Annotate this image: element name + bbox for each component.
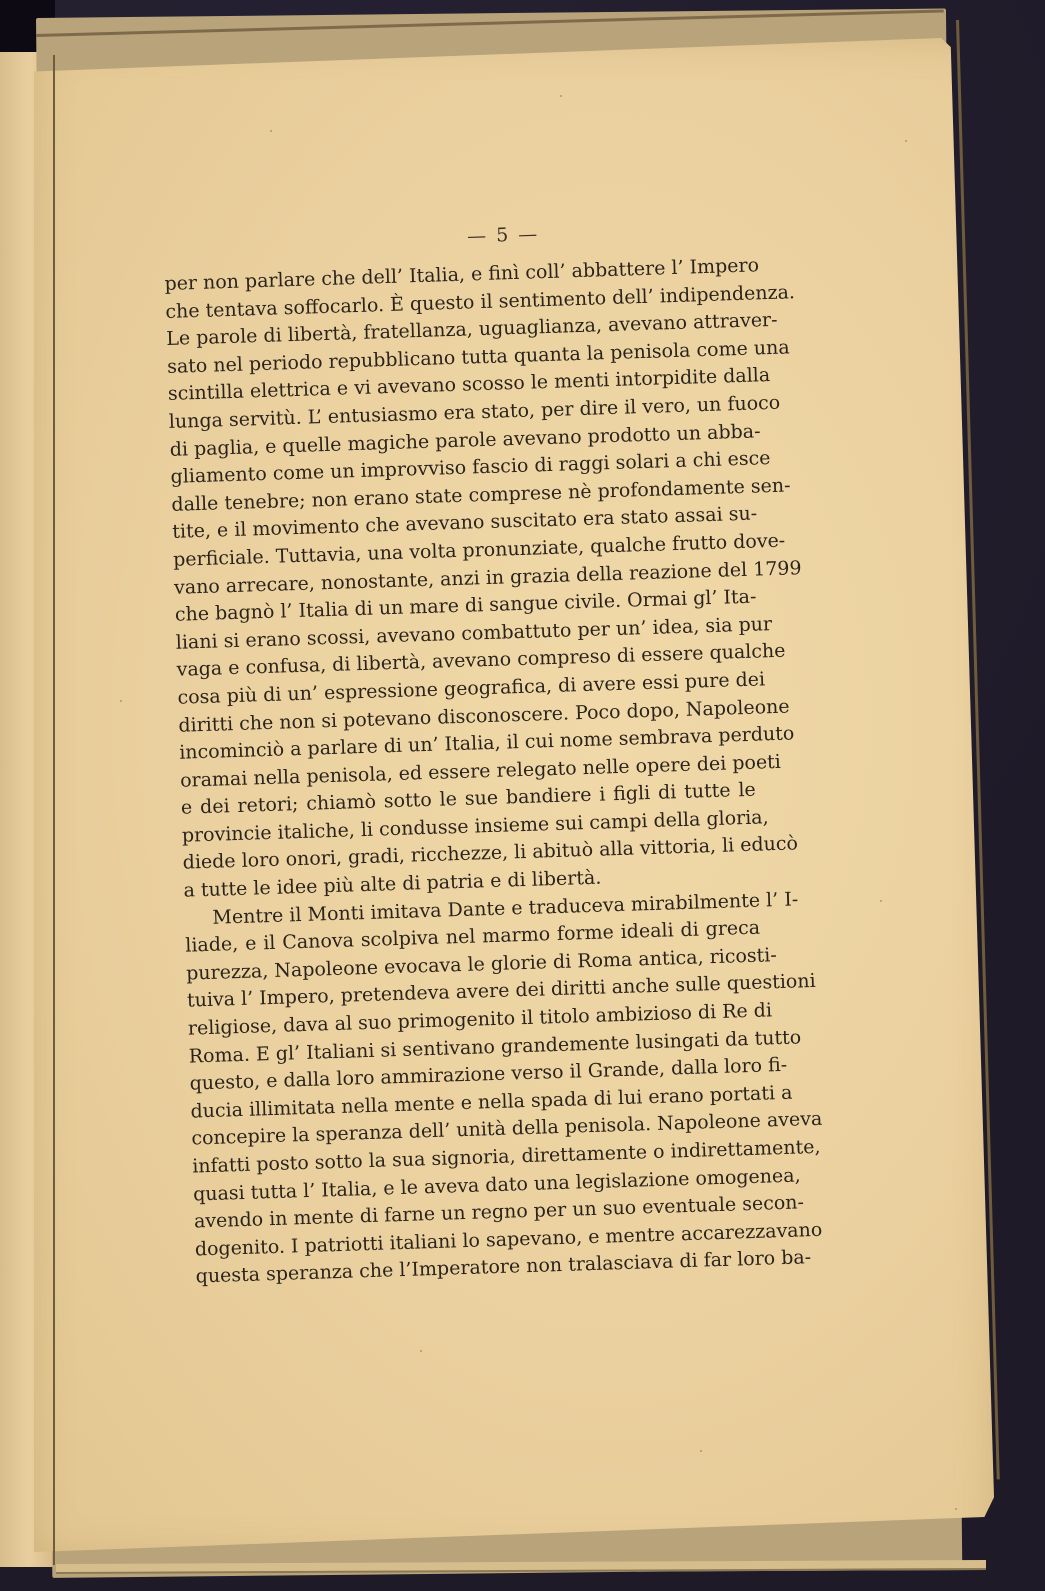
paragraph-2: Mentre il Monti imitava Dante e traducev… bbox=[184, 886, 796, 1291]
paragraph-1: per non parlare che dell’ Italia, e finì… bbox=[164, 252, 784, 905]
book-gutter bbox=[53, 55, 55, 1565]
page-text: — 5 — per non parlare che dell’ Italia, … bbox=[163, 216, 796, 1291]
